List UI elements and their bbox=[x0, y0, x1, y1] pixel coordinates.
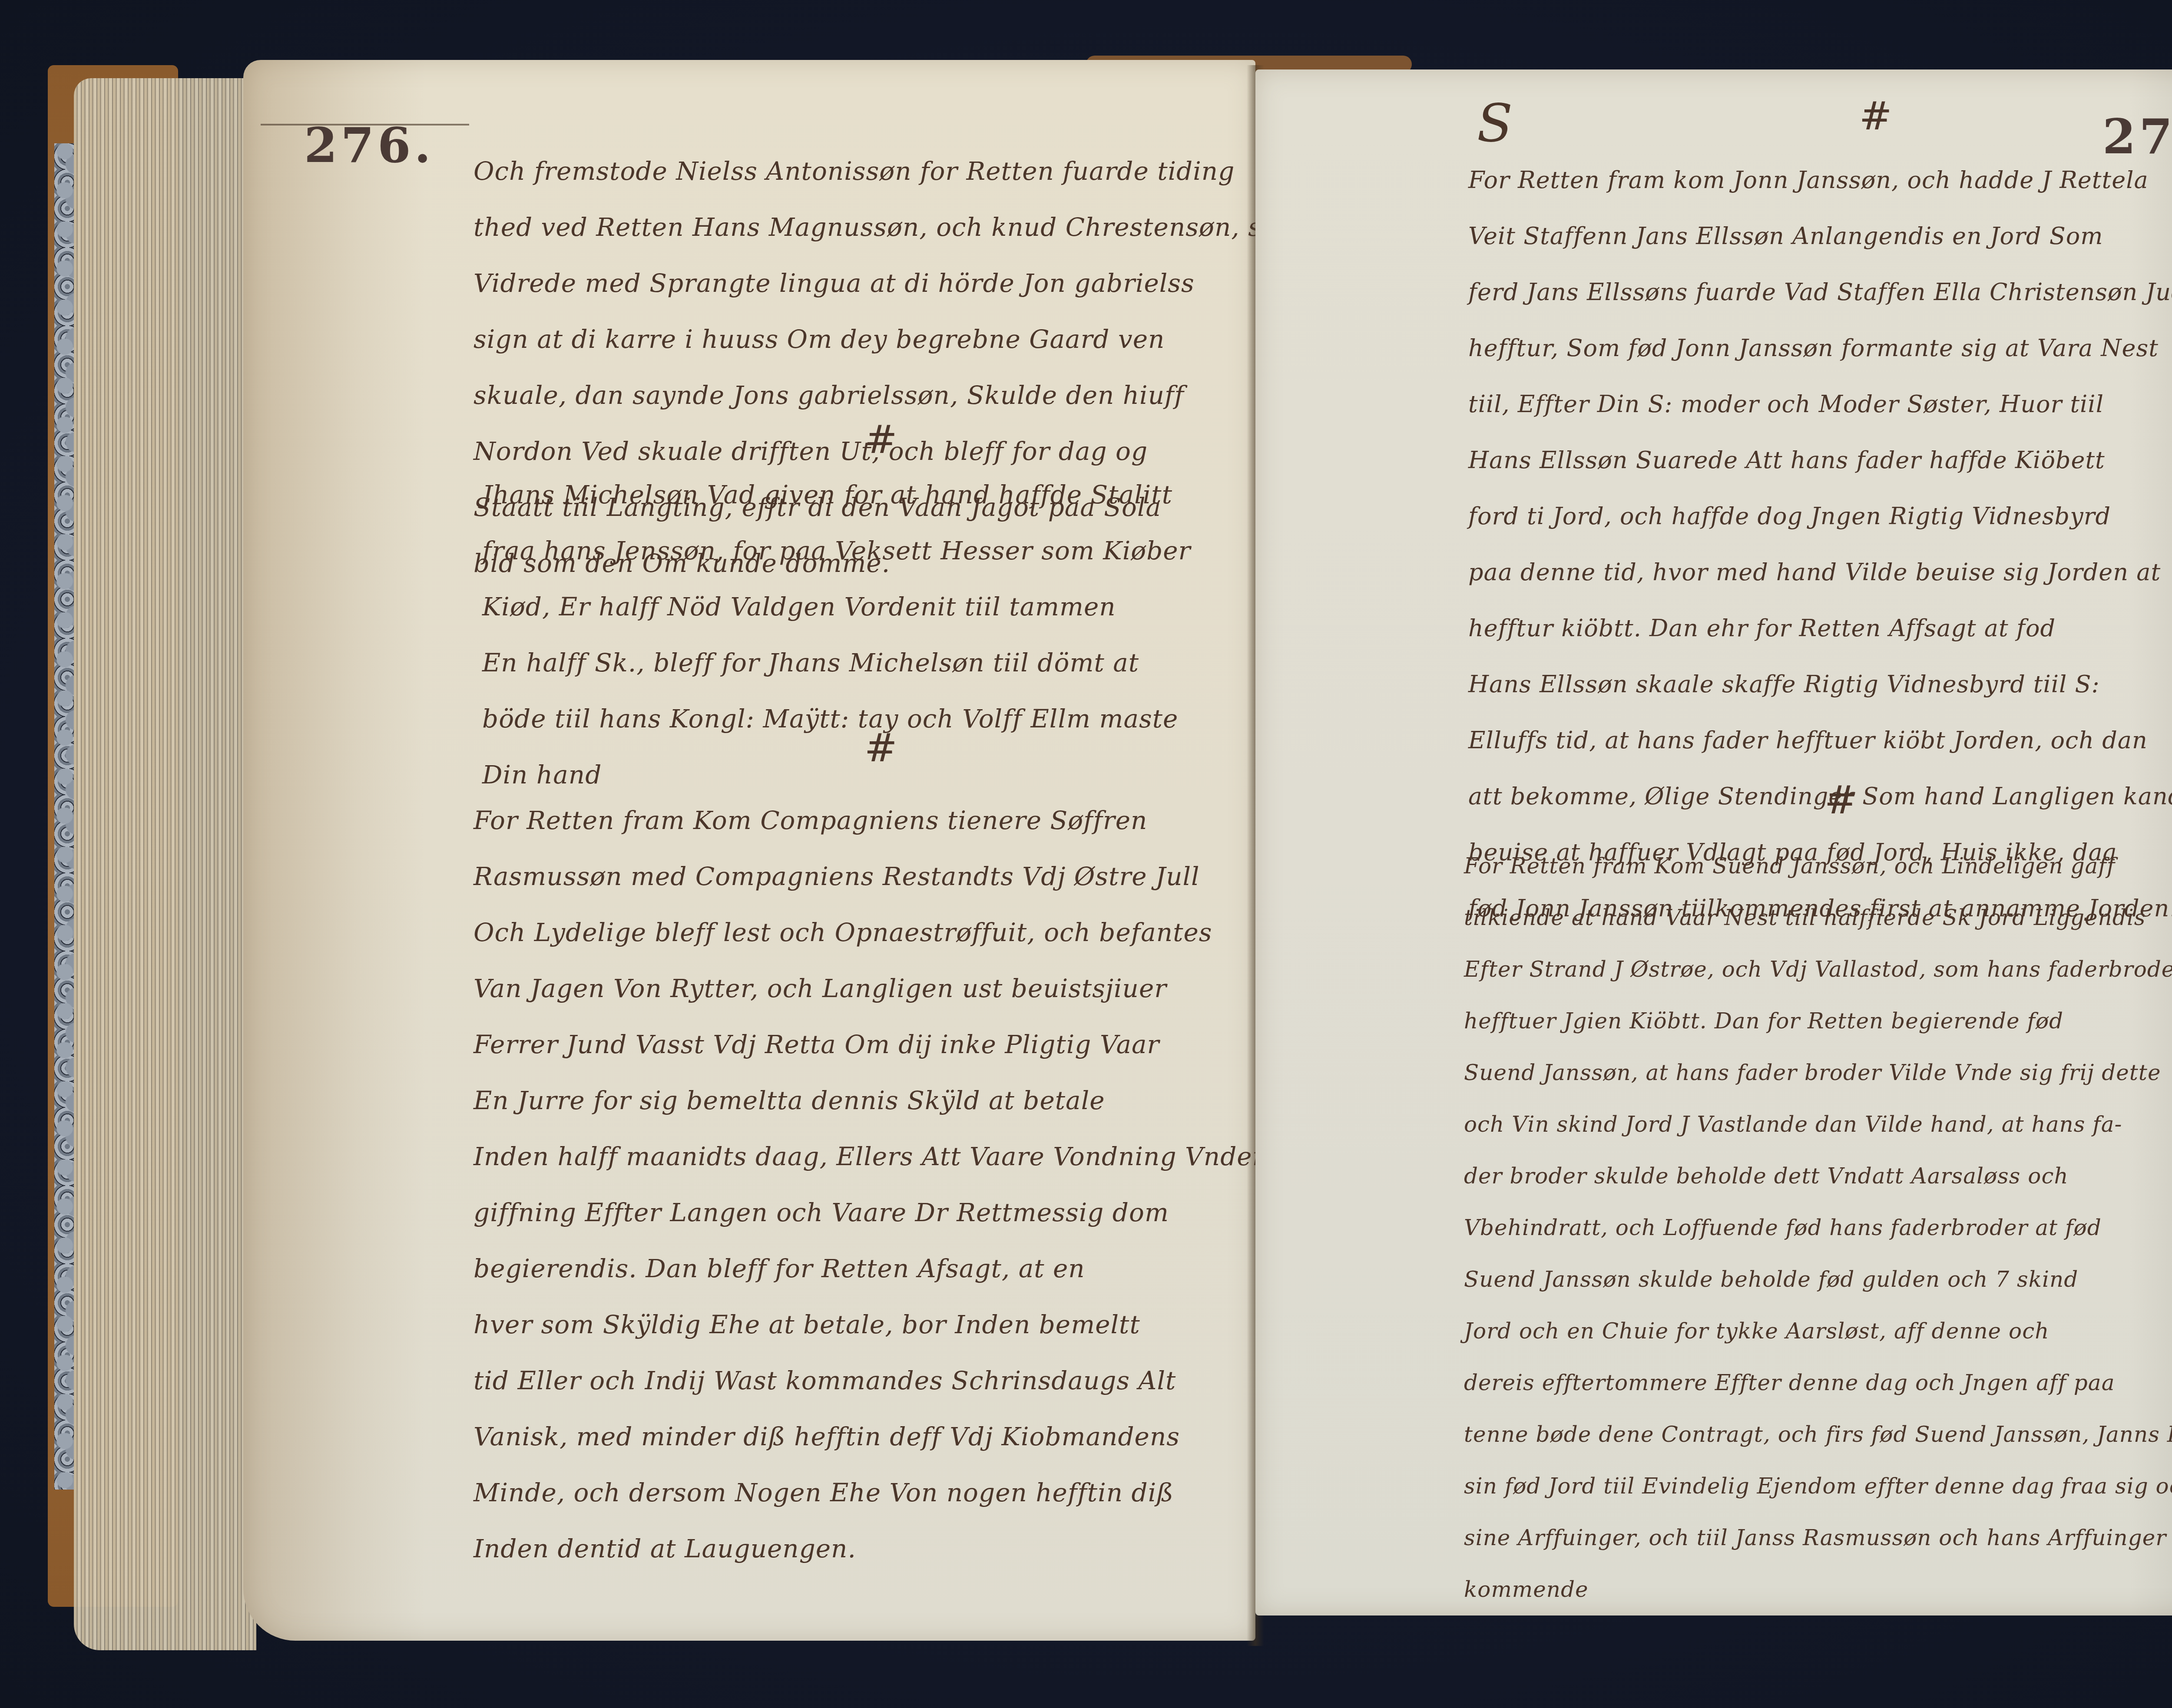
text-line: Efter Strand J Østrøe, och Vdj Vallastod… bbox=[1464, 944, 2172, 995]
text-line: begierendis. Dan bleff for Retten Afsagt… bbox=[473, 1241, 1265, 1297]
text-line: kommende bbox=[1464, 1564, 2172, 1615]
text-line: Jhans Michelsøn Vad given for at hand ha… bbox=[482, 467, 1191, 523]
text-line: Van Jagen Von Rytter, och Langligen ust … bbox=[473, 961, 1265, 1017]
text-line: Ferrer Jund Vasst Vdj Retta Om dij inke … bbox=[473, 1017, 1265, 1073]
text-line: Hans Ellssøn Suarede Att hans fader haff… bbox=[1468, 432, 2172, 488]
text-line: Och Lydelige bleff lest och Opnaestrøffu… bbox=[473, 905, 1265, 961]
text-line: böde tiil hans Kongl: Maÿtt: tay och Vol… bbox=[482, 691, 1191, 747]
text-line: fraa hans Jenssøn, for paa Veksett Hesse… bbox=[482, 523, 1191, 579]
entry-separator: # bbox=[864, 417, 897, 463]
text-line: sign at di karre i huuss Om dey begrebne… bbox=[473, 311, 1301, 367]
text-line: Och fremstode Nielss Antonissøn for Rett… bbox=[473, 143, 1301, 199]
text-line: hefftuer Jgien Kiöbtt. Dan for Retten be… bbox=[1464, 995, 2172, 1047]
right-entry-2: For Retten fram Kom Suend Janssøn, och L… bbox=[1464, 840, 2172, 1615]
text-line: giffning Effter Langen och Vaare Dr Rett… bbox=[473, 1185, 1265, 1241]
right-entry-1: For Retten fram kom Jonn Janssøn, och ha… bbox=[1468, 152, 2172, 936]
text-line: hver som Skÿldig Ehe at betale, bor Inde… bbox=[473, 1297, 1265, 1353]
text-line: Vbehindratt, och Loffuende fød hans fade… bbox=[1464, 1202, 2172, 1254]
left-entry-2: Jhans Michelsøn Vad given for at hand ha… bbox=[482, 467, 1191, 803]
text-line: En halff Sk., bleff for Jhans Michelsøn … bbox=[482, 635, 1191, 691]
text-line: For Retten fram Kom Compagniens tienere … bbox=[473, 793, 1265, 849]
left-entry-3: For Retten fram Kom Compagniens tienere … bbox=[473, 793, 1265, 1577]
text-line: paa denne tid, hvor med hand Vilde beuis… bbox=[1468, 544, 2172, 600]
left-page-number: 276. bbox=[304, 117, 434, 173]
text-line: For Retten fram kom Jonn Janssøn, och ha… bbox=[1468, 152, 2172, 208]
text-line: Veit Staffenn Jans Ellssøn Anlangendis e… bbox=[1468, 208, 2172, 264]
text-line: dereis efftertommere Effter denne dag oc… bbox=[1464, 1357, 2172, 1409]
entry-separator: # bbox=[864, 725, 897, 771]
text-line: tilkiende at hand Vaar Nest tiil halffie… bbox=[1464, 892, 2172, 944]
entry-separator: # bbox=[1859, 93, 1892, 139]
text-line: hefftur kiöbtt. Dan ehr for Retten Affsa… bbox=[1468, 600, 2172, 656]
text-line: Jord och en Chuie for tykke Aarsløst, af… bbox=[1464, 1305, 2172, 1357]
text-line: hefftur, Som fød Jonn Janssøn formante s… bbox=[1468, 320, 2172, 376]
text-line: ferd Jans Ellssøns fuarde Vad Staffen El… bbox=[1468, 264, 2172, 320]
text-line: thed ved Retten Hans Magnussøn, och knud… bbox=[473, 199, 1301, 255]
text-line: sine Arffuinger, och tiil Janss Rasmussø… bbox=[1464, 1512, 2172, 1564]
text-line: tid Eller och Indij Wast kommandes Schri… bbox=[473, 1353, 1265, 1409]
text-line: Minde, och dersom Nogen Ehe Von nogen he… bbox=[473, 1465, 1265, 1521]
text-line: att bekomme, Ølige Stendinger Som hand L… bbox=[1468, 768, 2172, 824]
text-line: Vidrede med Sprangte lingua at di hörde … bbox=[473, 255, 1301, 311]
text-line: ford ti Jord, och haffde dog Jngen Rigti… bbox=[1468, 488, 2172, 544]
text-line: Vanisk, med minder diß hefftin deff Vdj … bbox=[473, 1409, 1265, 1465]
text-line: For Retten fram Kom Suend Janssøn, och L… bbox=[1464, 840, 2172, 892]
text-line: tiil, Effter Din S: moder och Moder Søst… bbox=[1468, 376, 2172, 432]
text-line: Inden halff maanidts daag, Ellers Att Va… bbox=[473, 1129, 1265, 1185]
left-marbled-endpaper bbox=[54, 143, 74, 1490]
margin-mark: S bbox=[1477, 93, 1513, 154]
left-page-stack bbox=[74, 78, 256, 1650]
text-line: tenne bøde dene Contragt, och firs fød S… bbox=[1464, 1409, 2172, 1460]
text-line: Elluffs tid, at hans fader hefftuer kiöb… bbox=[1468, 712, 2172, 768]
text-line: sin fød Jord tiil Evindelig Ejendom efft… bbox=[1464, 1460, 2172, 1512]
text-line: Hans Ellssøn skaale skaffe Rigtig Vidnes… bbox=[1468, 656, 2172, 712]
entry-separator: # bbox=[1824, 777, 1857, 823]
text-line: Suend Janssøn, at hans fader broder Vild… bbox=[1464, 1047, 2172, 1099]
text-line: Kiød, Er halff Nöd Valdgen Vordenit tiil… bbox=[482, 579, 1191, 635]
text-line: der broder skulde beholde dett Vndatt Aa… bbox=[1464, 1150, 2172, 1202]
text-line: och Vin skind Jord J Vastlande dan Vilde… bbox=[1464, 1099, 2172, 1150]
text-line: Suend Janssøn skulde beholde fød gulden … bbox=[1464, 1254, 2172, 1305]
text-line: skuale, dan saynde Jons gabrielssøn, Sku… bbox=[473, 367, 1301, 423]
text-line: En Jurre for sig bemeltta dennis Skÿld a… bbox=[473, 1073, 1265, 1129]
text-line: Inden dentid at Lauguengen. bbox=[473, 1521, 1265, 1577]
text-line: Rasmussøn med Compagniens Restandts Vdj … bbox=[473, 849, 1265, 905]
